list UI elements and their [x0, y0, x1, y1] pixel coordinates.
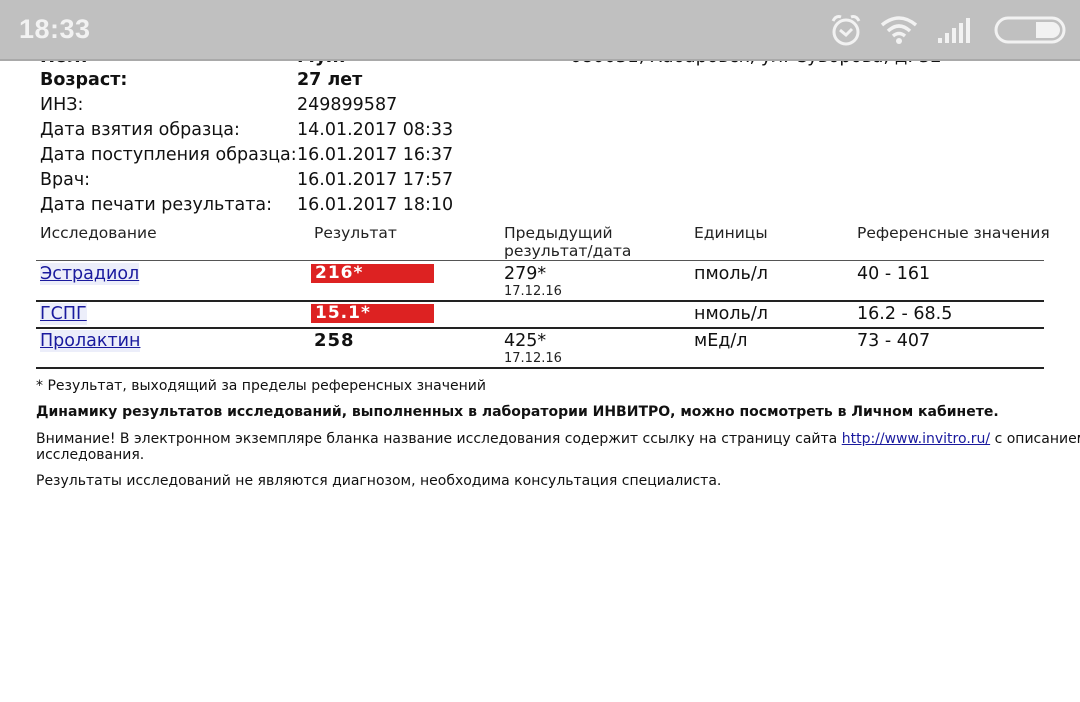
header-result: Результат [314, 224, 397, 242]
status-icons [830, 12, 1066, 48]
table-divider [36, 367, 1044, 369]
info-value: 27 лет [297, 68, 362, 92]
signal-icon [936, 16, 976, 44]
info-value: 249899587 [297, 93, 397, 117]
info-value: 16.01.2017 17:57 [297, 168, 453, 192]
info-label: Дата поступления образца: [40, 143, 297, 167]
info-value: 14.01.2017 08:33 [297, 118, 453, 142]
info-label: ИНЗ: [40, 93, 83, 117]
reference-range: 73 - 407 [857, 330, 930, 352]
reference-range: 16.2 - 68.5 [857, 303, 952, 325]
result-normal: 258 [314, 330, 355, 351]
battery-icon [994, 15, 1066, 45]
attention-note-line2: исследования. [36, 447, 144, 463]
info-label: Возраст: [40, 68, 127, 92]
header-test: Исследование [40, 224, 157, 242]
prev-date: 17.12.16 [504, 351, 562, 366]
units: нмоль/л [694, 303, 768, 325]
units: мЕд/л [694, 330, 747, 352]
prev-result: 425* [504, 330, 546, 352]
attention-text-end: с описанием [990, 431, 1080, 447]
result-flagged: 216* [311, 264, 434, 283]
alarm-icon [830, 13, 862, 47]
units: пмоль/л [694, 263, 768, 285]
header-prev-line1: Предыдущий [504, 224, 613, 242]
dynamics-note: Динамику результатов исследований, выпол… [36, 404, 999, 420]
status-bar: 18:33 [0, 0, 1080, 61]
table-divider [36, 260, 1044, 261]
attention-text: Внимание! В электронном экземпляре бланк… [36, 431, 842, 447]
reference-range: 40 - 161 [857, 263, 930, 285]
wifi-icon [880, 15, 918, 45]
invitro-link[interactable]: http://www.invitro.ru/ [842, 431, 990, 447]
info-value: 16.01.2017 18:10 [297, 193, 453, 217]
header-reference: Референсные значения [857, 224, 1050, 242]
info-value: 16.01.2017 16:37 [297, 143, 453, 167]
disclaimer: Результаты исследований не являются диаг… [36, 473, 721, 489]
table-divider [36, 327, 1044, 329]
info-label: Врач: [40, 168, 90, 192]
prev-result: 279* [504, 263, 546, 285]
header-units: Единицы [694, 224, 768, 242]
test-link-estradiol[interactable]: Эстрадиол [40, 263, 139, 285]
header-prev-line2: результат/дата [504, 242, 631, 260]
info-label: Дата взятия образца: [40, 118, 240, 142]
test-link-prolactin[interactable]: Пролактин [40, 330, 140, 352]
attention-note: Внимание! В электронном экземпляре бланк… [36, 431, 1080, 447]
info-label: Дата печати результата: [40, 193, 272, 217]
footnote: * Результат, выходящий за пределы рефере… [36, 378, 486, 394]
table-divider [36, 300, 1044, 302]
result-flagged: 15.1* [311, 304, 434, 323]
prev-date: 17.12.16 [504, 284, 562, 299]
test-link-shbg[interactable]: ГСПГ [40, 303, 87, 325]
status-clock: 18:33 [19, 14, 91, 45]
